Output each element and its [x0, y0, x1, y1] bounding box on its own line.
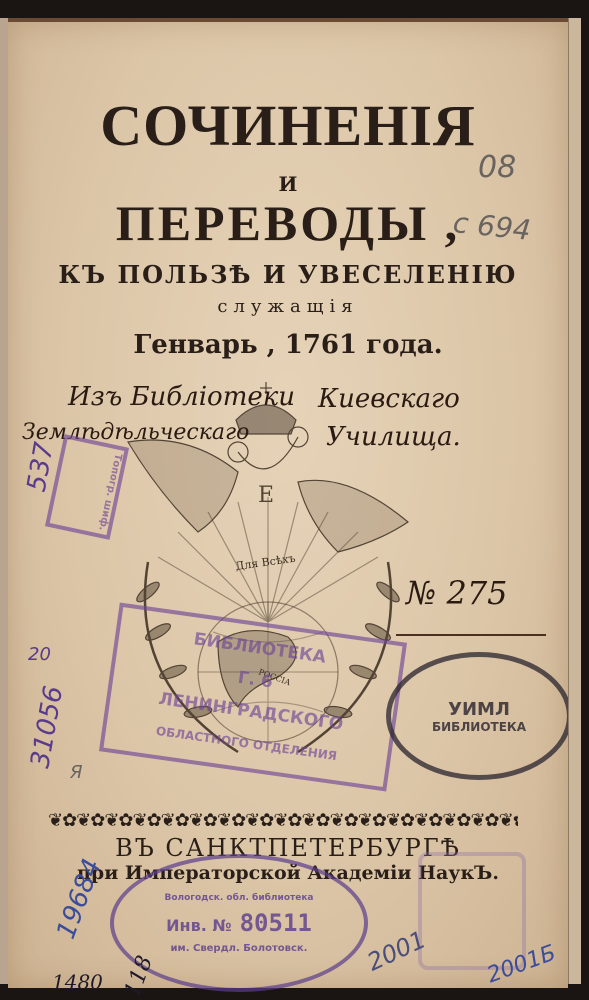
inventory-number: 80511 — [240, 909, 312, 937]
ownership-line2-right: Училища. — [326, 422, 461, 452]
subtitle: КЪ ПОЛЬЗѢ И УВЕСЕЛЕНІЮ — [8, 260, 568, 289]
bottom-left-ink-number-2: 118 — [120, 952, 158, 1000]
faded-rect-stamp — [418, 852, 526, 970]
shelf-number-underline — [396, 634, 546, 636]
inventory-label: Инв. № — [166, 916, 231, 935]
left-margin-pencil-letter: Я — [70, 762, 83, 783]
uiml-stamp-line1: УИМЛ — [448, 699, 510, 720]
ownership-line1-right: Киевскаго — [318, 384, 460, 414]
ownership-line2-left: Землѣдѣльческаго — [22, 420, 249, 445]
title-main: СОЧИНЕНІЯ — [8, 92, 568, 159]
title-page: СОЧИНЕНІЯ И ПЕРЕВОДЫ , КЪ ПОЛЬЗѢ И УВЕСЕ… — [8, 18, 568, 988]
typographic-ornament-band: ❦✿❦✿❦✿❦✿❦✿❦✿❦✿❦✿❦✿❦✿❦✿❦✿❦✿❦✿❦✿❦✿❦✿❦✿❦ — [48, 810, 518, 832]
ownership-line1-left: Изъ Библіотеки — [68, 382, 295, 412]
subtitle-serving: служащія — [8, 296, 568, 317]
bottom-left-ink-number-1: 1480 — [52, 970, 103, 994]
inventory-stamp-lower: им. Свердл. Болотовск. — [171, 943, 308, 954]
left-margin-number-31056: 31056 — [25, 684, 69, 771]
pencil-mark-08: 08 — [478, 150, 516, 185]
inventory-stamp-outer: Вологодск. обл. библиотека — [164, 893, 313, 903]
left-margin-number-20: 20 — [28, 644, 51, 665]
vignette-motto: Для Всѣхъ — [235, 552, 297, 573]
bottom-center-number: 2001 — [363, 925, 430, 976]
svg-text:Е: Е — [258, 483, 274, 508]
page-fore-edge — [568, 18, 581, 984]
uiml-stamp-line2: БИБЛИОТЕКА — [432, 720, 526, 734]
uiml-oval-stamp: УИМЛ БИБЛИОТЕКА — [386, 652, 572, 780]
date-line: Генварь , 1761 года. — [8, 330, 568, 360]
shelf-number: № 275 — [406, 574, 508, 612]
